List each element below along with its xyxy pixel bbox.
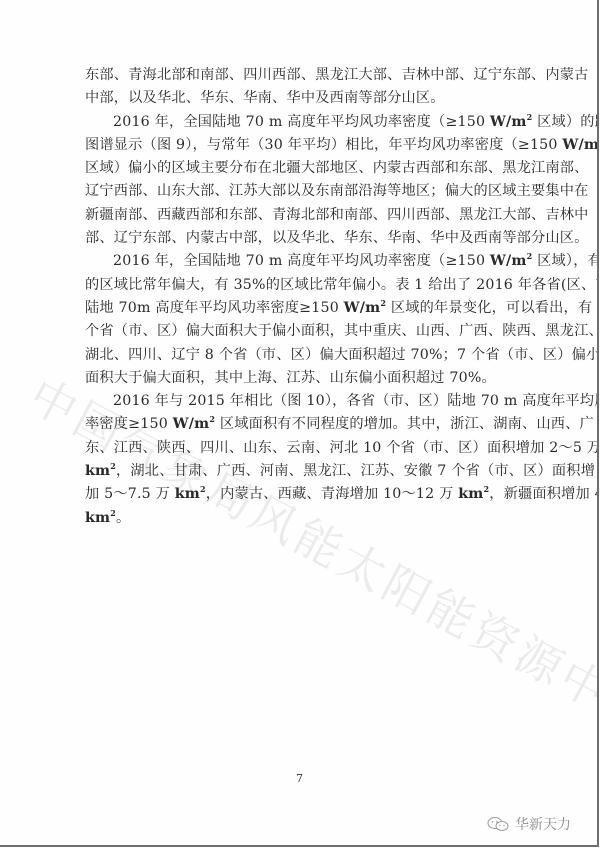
text-line: 的区域比常年偏大，有 35%的区域比常年偏小。表 1 给出了 2016 年各省(… <box>85 274 517 297</box>
document-page: 中国气象局风能太阳能资源中心 东部、青海北部和南部、四川西部、黑龙江大部、吉林中… <box>0 0 599 847</box>
text-line: 区域）偏小的区域主要分布在北疆大部地区、内蒙古西部和东部、黑龙江南部、 <box>85 157 517 180</box>
text-line: 辽宁西部、山东大部、江苏大部以及东南部沿海等地区；偏大的区域主要集中在 <box>85 180 517 203</box>
text-line: 中部，以及华北、华东、华南、华中及西南等部分山区。 <box>85 87 517 110</box>
text-line: 加 5～7.5 万 km2，内蒙古、西藏、青海增加 10～12 万 km2，新疆… <box>85 483 517 506</box>
text-line: 东、江西、陕西、四川、山东、云南、河北 10 个省（市、区）面积增加 2～5 万 <box>85 437 517 460</box>
text-line: 部、辽宁东部、内蒙古中部，以及华北、华东、华南、华中及西南等部分山区。 <box>85 227 517 250</box>
text-line: 面积大于偏大面积，其中上海、江苏、山东偏小面积超过 70%。 <box>85 367 517 390</box>
text-line: 个省（市、区）偏大面积大于偏小面积，其中重庆、山西、广西、陕西、黑龙江、 <box>85 320 517 343</box>
text-line: 图谱显示（图 9），与常年（30 年平均）相比，年平均风功率密度（≥150 W/… <box>85 134 517 157</box>
brand-badge: 华新天力 <box>487 814 571 834</box>
text-line: km2，湖北、甘肃、广西、河南、黑龙江、江苏、安徽 7 个省（市、区）面积增 <box>85 460 517 483</box>
text-line: 东部、青海北部和南部、四川西部、黑龙江大部、吉林中部、辽宁东部、内蒙古 <box>85 64 517 87</box>
text-line: 陆地 70m 高度年平均风功率密度≥150 W/m2 区域的年景变化，可以看出，… <box>85 297 517 320</box>
brand-name: 华新天力 <box>515 814 571 834</box>
wechat-icon <box>487 816 509 832</box>
text-line: km2。 <box>85 507 517 530</box>
text-line: 率密度≥150 W/m2 区域面积有不同程度的增加。其中，浙江、湖南、山西、广 <box>85 413 517 436</box>
page-number: 7 <box>296 772 303 785</box>
text-line: 2016 年，全国陆地 70 m 高度年平均风功率密度（≥150 W/m2 区域… <box>85 250 517 273</box>
text-line: 2016 年，全国陆地 70 m 高度年平均风功率密度（≥150 W/m2 区域… <box>85 111 517 134</box>
body-text: 东部、青海北部和南部、四川西部、黑龙江大部、吉林中部、辽宁东部、内蒙古 中部，以… <box>85 64 517 530</box>
text-line: 湖北、四川、辽宁 8 个省（市、区）偏大面积超过 70%；7 个省（市、区）偏小 <box>85 344 517 367</box>
text-line: 新疆南部、西藏西部和东部、青海北部和南部、四川西部、黑龙江大部、吉林中 <box>85 204 517 227</box>
text-line: 2016 年与 2015 年相比（图 10），各省（市、区）陆地 70 m 高度… <box>85 390 517 413</box>
